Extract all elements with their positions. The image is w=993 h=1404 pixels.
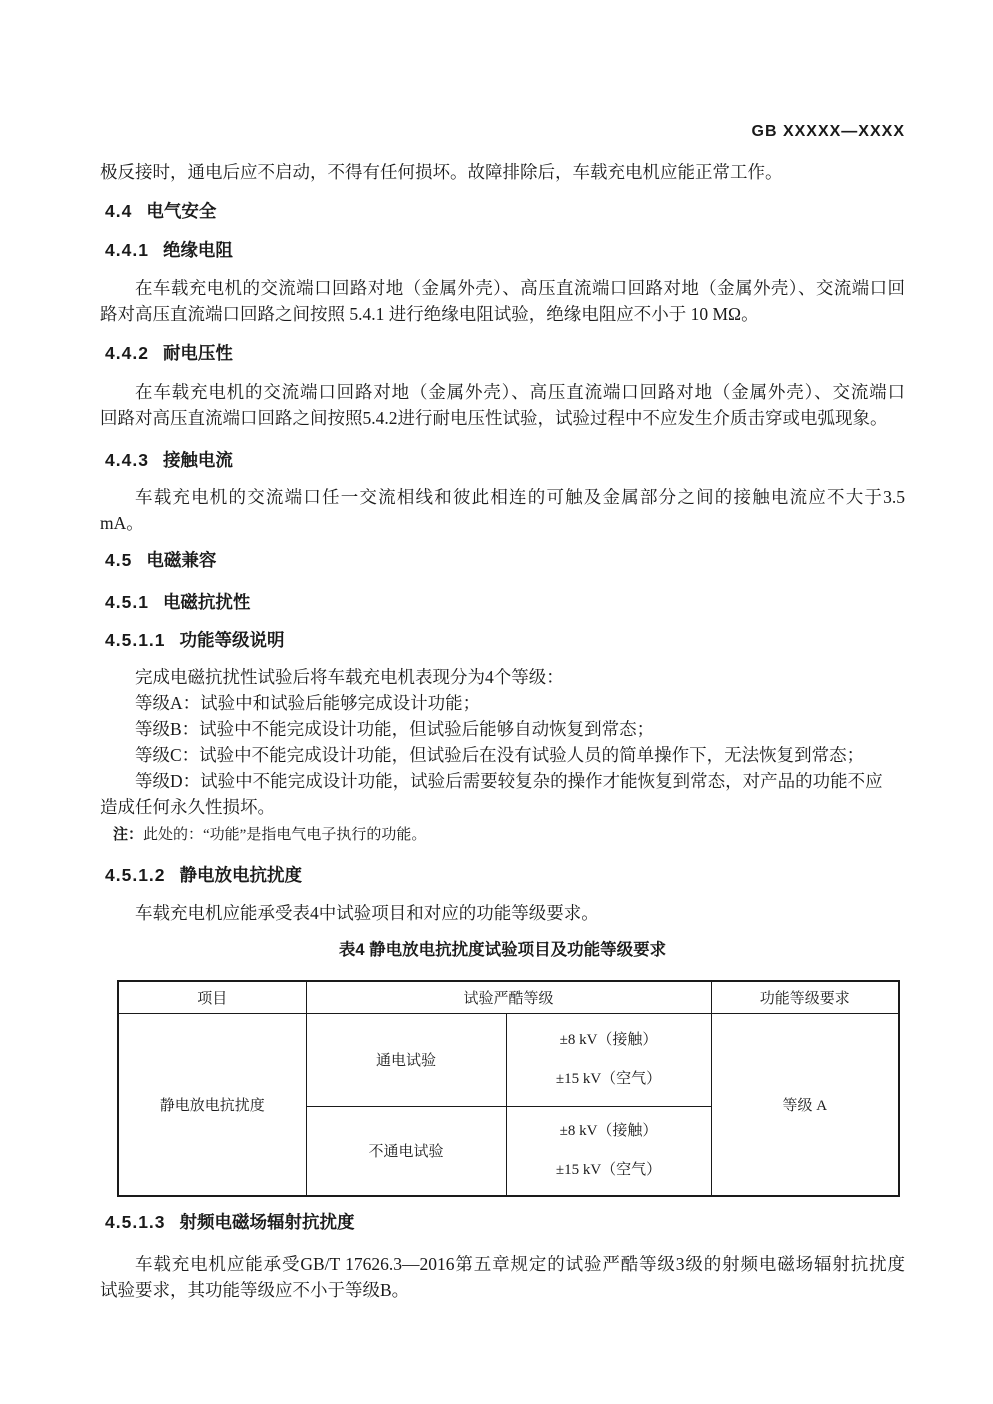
clause-number: 4.5.1.2 bbox=[105, 865, 166, 885]
grade-list-intro: 完成电磁抗扰性试验后将车载充电机表现分为4个等级： bbox=[100, 664, 905, 690]
section-heading-4-5-1-2: 4.5.1.2静电放电抗扰度 bbox=[100, 863, 905, 887]
section-heading-4-5-1-1: 4.5.1.1功能等级说明 bbox=[100, 628, 905, 652]
table-caption: 表4 静电放电抗扰度试验项目及功能等级要求 bbox=[100, 938, 905, 962]
cell-requirement: 等级 A bbox=[711, 1013, 899, 1196]
grade-c-line: 等级C：试验中不能完成设计功能，但试验后在没有试验人员的简单操作下，无法恢复到常… bbox=[100, 742, 905, 768]
severity-level-line: ±15 kV（空气） bbox=[507, 1151, 711, 1190]
section-heading-4-5-1: 4.5.1电磁抗扰性 bbox=[100, 590, 905, 614]
intro-paragraph-line: 极反接时，通电后应不启动，不得有任何损坏。故障排除后，车载充电机应能正常工作。 bbox=[100, 159, 905, 185]
cell-severity-levels: ±8 kV（接触） ±15 kV（空气） bbox=[506, 1013, 711, 1106]
section-heading-4-4-3: 4.4.3接触电流 bbox=[100, 448, 905, 472]
header-cell-requirement: 功能等级要求 bbox=[711, 981, 899, 1013]
clause-number: 4.4 bbox=[105, 201, 132, 221]
paragraph-4-4-2: 在车载充电机的交流端口回路对地（金属外壳）、高压直流端口回路对地（金属外壳）、交… bbox=[100, 379, 905, 431]
page-content: GB XXXXX—XXXX 极反接时，通电后应不启动，不得有任何损坏。故障排除后… bbox=[0, 122, 993, 1303]
grade-d-line: 等级D：试验中不能完成设计功能，试验后需要较复杂的操作才能恢复到常态，对产品的功… bbox=[100, 768, 905, 794]
header-cell-severity: 试验严酷等级 bbox=[306, 981, 711, 1013]
clause-title: 电磁兼容 bbox=[146, 550, 216, 570]
paragraph-line: 试验要求，其功能等级应不小于等级B。 bbox=[100, 1277, 905, 1303]
clause-title: 接触电流 bbox=[163, 450, 233, 470]
header-cell-item: 项目 bbox=[118, 981, 306, 1013]
paragraph-line: 路对高压直流端口回路之间按照 5.4.1 进行绝缘电阻试验，绝缘电阻应不小于 1… bbox=[100, 301, 905, 327]
function-grade-list: 完成电磁抗扰性试验后将车载充电机表现分为4个等级： 等级A：试验中和试验后能够完… bbox=[100, 664, 905, 820]
clause-number: 4.4.2 bbox=[105, 343, 149, 363]
clause-title: 耐电压性 bbox=[163, 343, 233, 363]
paragraph-4-4-1: 在车载充电机的交流端口回路对地（金属外壳）、高压直流端口回路对地（金属外壳）、交… bbox=[100, 275, 905, 327]
clause-number: 4.4.3 bbox=[105, 450, 149, 470]
paragraph-line: 车载充电机的交流端口任一交流相线和彼此相连的可触及金属部分之间的接触电流应不大于… bbox=[100, 484, 905, 510]
paragraph-line: mA。 bbox=[100, 510, 905, 536]
severity-level-line: ±8 kV（接触） bbox=[507, 1021, 711, 1060]
clause-title: 电气安全 bbox=[146, 201, 216, 221]
section-heading-4-4-1: 4.4.1绝缘电阻 bbox=[100, 238, 905, 262]
clause-title: 功能等级说明 bbox=[180, 630, 285, 650]
clause-number: 4.5.1.1 bbox=[105, 630, 166, 650]
clause-title: 静电放电抗扰度 bbox=[180, 865, 303, 885]
clause-title: 电磁抗扰性 bbox=[163, 592, 251, 612]
section-heading-4-5-1-3: 4.5.1.3射频电磁场辐射抗扰度 bbox=[100, 1210, 905, 1234]
clause-number: 4.5.1.3 bbox=[105, 1212, 166, 1232]
note: 注：此处的：“功能”是指电气电子执行的功能。 bbox=[100, 825, 905, 845]
grade-d-continuation-line: 造成任何永久性损坏。 bbox=[100, 794, 905, 820]
severity-level-line: ±15 kV（空气） bbox=[507, 1060, 711, 1099]
paragraph-4-5-1-2: 车载充电机应能承受表4中试验项目和对应的功能等级要求。 bbox=[100, 900, 905, 926]
note-text: 此处的：“功能”是指电气电子执行的功能。 bbox=[143, 827, 426, 843]
paragraph-4-4-3: 车载充电机的交流端口任一交流相线和彼此相连的可触及金属部分之间的接触电流应不大于… bbox=[100, 484, 905, 536]
clause-number: 4.5 bbox=[105, 550, 132, 570]
cell-severity-levels: ±8 kV（接触） ±15 kV（空气） bbox=[506, 1106, 711, 1196]
paragraph-line: 回路对高压直流端口回路之间按照5.4.2进行耐电压性试验，试验过程中不应发生介质… bbox=[100, 405, 905, 431]
grade-b-line: 等级B：试验中不能完成设计功能，但试验后能够自动恢复到常态； bbox=[100, 716, 905, 742]
section-heading-4-5: 4.5电磁兼容 bbox=[100, 548, 905, 572]
cell-mode: 通电试验 bbox=[306, 1013, 506, 1106]
severity-level-line: ±8 kV（接触） bbox=[507, 1112, 711, 1151]
clause-title: 绝缘电阻 bbox=[163, 240, 233, 260]
table-row: 静电放电抗扰度 通电试验 ±8 kV（接触） ±15 kV（空气） 等级 A bbox=[118, 1013, 899, 1106]
paragraph-line: 车载充电机应能承受GB/T 17626.3—2016第五章规定的试验严酷等级3级… bbox=[100, 1251, 905, 1277]
grade-a-line: 等级A：试验中和试验后能够完成设计功能； bbox=[100, 690, 905, 716]
section-heading-4-4-2: 4.4.2耐电压性 bbox=[100, 341, 905, 365]
clause-number: 4.4.1 bbox=[105, 240, 149, 260]
table-4: 项目 试验严酷等级 功能等级要求 静电放电抗扰度 通电试验 ±8 kV（接触） … bbox=[117, 980, 900, 1197]
clause-title: 射频电磁场辐射抗扰度 bbox=[180, 1212, 355, 1232]
clause-number: 4.5.1 bbox=[105, 592, 149, 612]
note-label: 注： bbox=[113, 826, 143, 843]
paragraph-4-5-1-3: 车载充电机应能承受GB/T 17626.3—2016第五章规定的试验严酷等级3级… bbox=[100, 1251, 905, 1303]
table-header-row: 项目 试验严酷等级 功能等级要求 bbox=[118, 981, 899, 1013]
running-header: GB XXXXX—XXXX bbox=[100, 122, 905, 142]
document-page: GB XXXXX—XXXX 极反接时，通电后应不启动，不得有任何损坏。故障排除后… bbox=[0, 0, 993, 1404]
cell-mode: 不通电试验 bbox=[306, 1106, 506, 1196]
section-heading-4-4: 4.4电气安全 bbox=[100, 199, 905, 223]
paragraph-line: 在车载充电机的交流端口回路对地（金属外壳）、高压直流端口回路对地（金属外壳）、交… bbox=[100, 275, 905, 301]
paragraph-line: 在车载充电机的交流端口回路对地（金属外壳）、高压直流端口回路对地（金属外壳）、交… bbox=[100, 379, 905, 405]
cell-item: 静电放电抗扰度 bbox=[118, 1013, 306, 1196]
